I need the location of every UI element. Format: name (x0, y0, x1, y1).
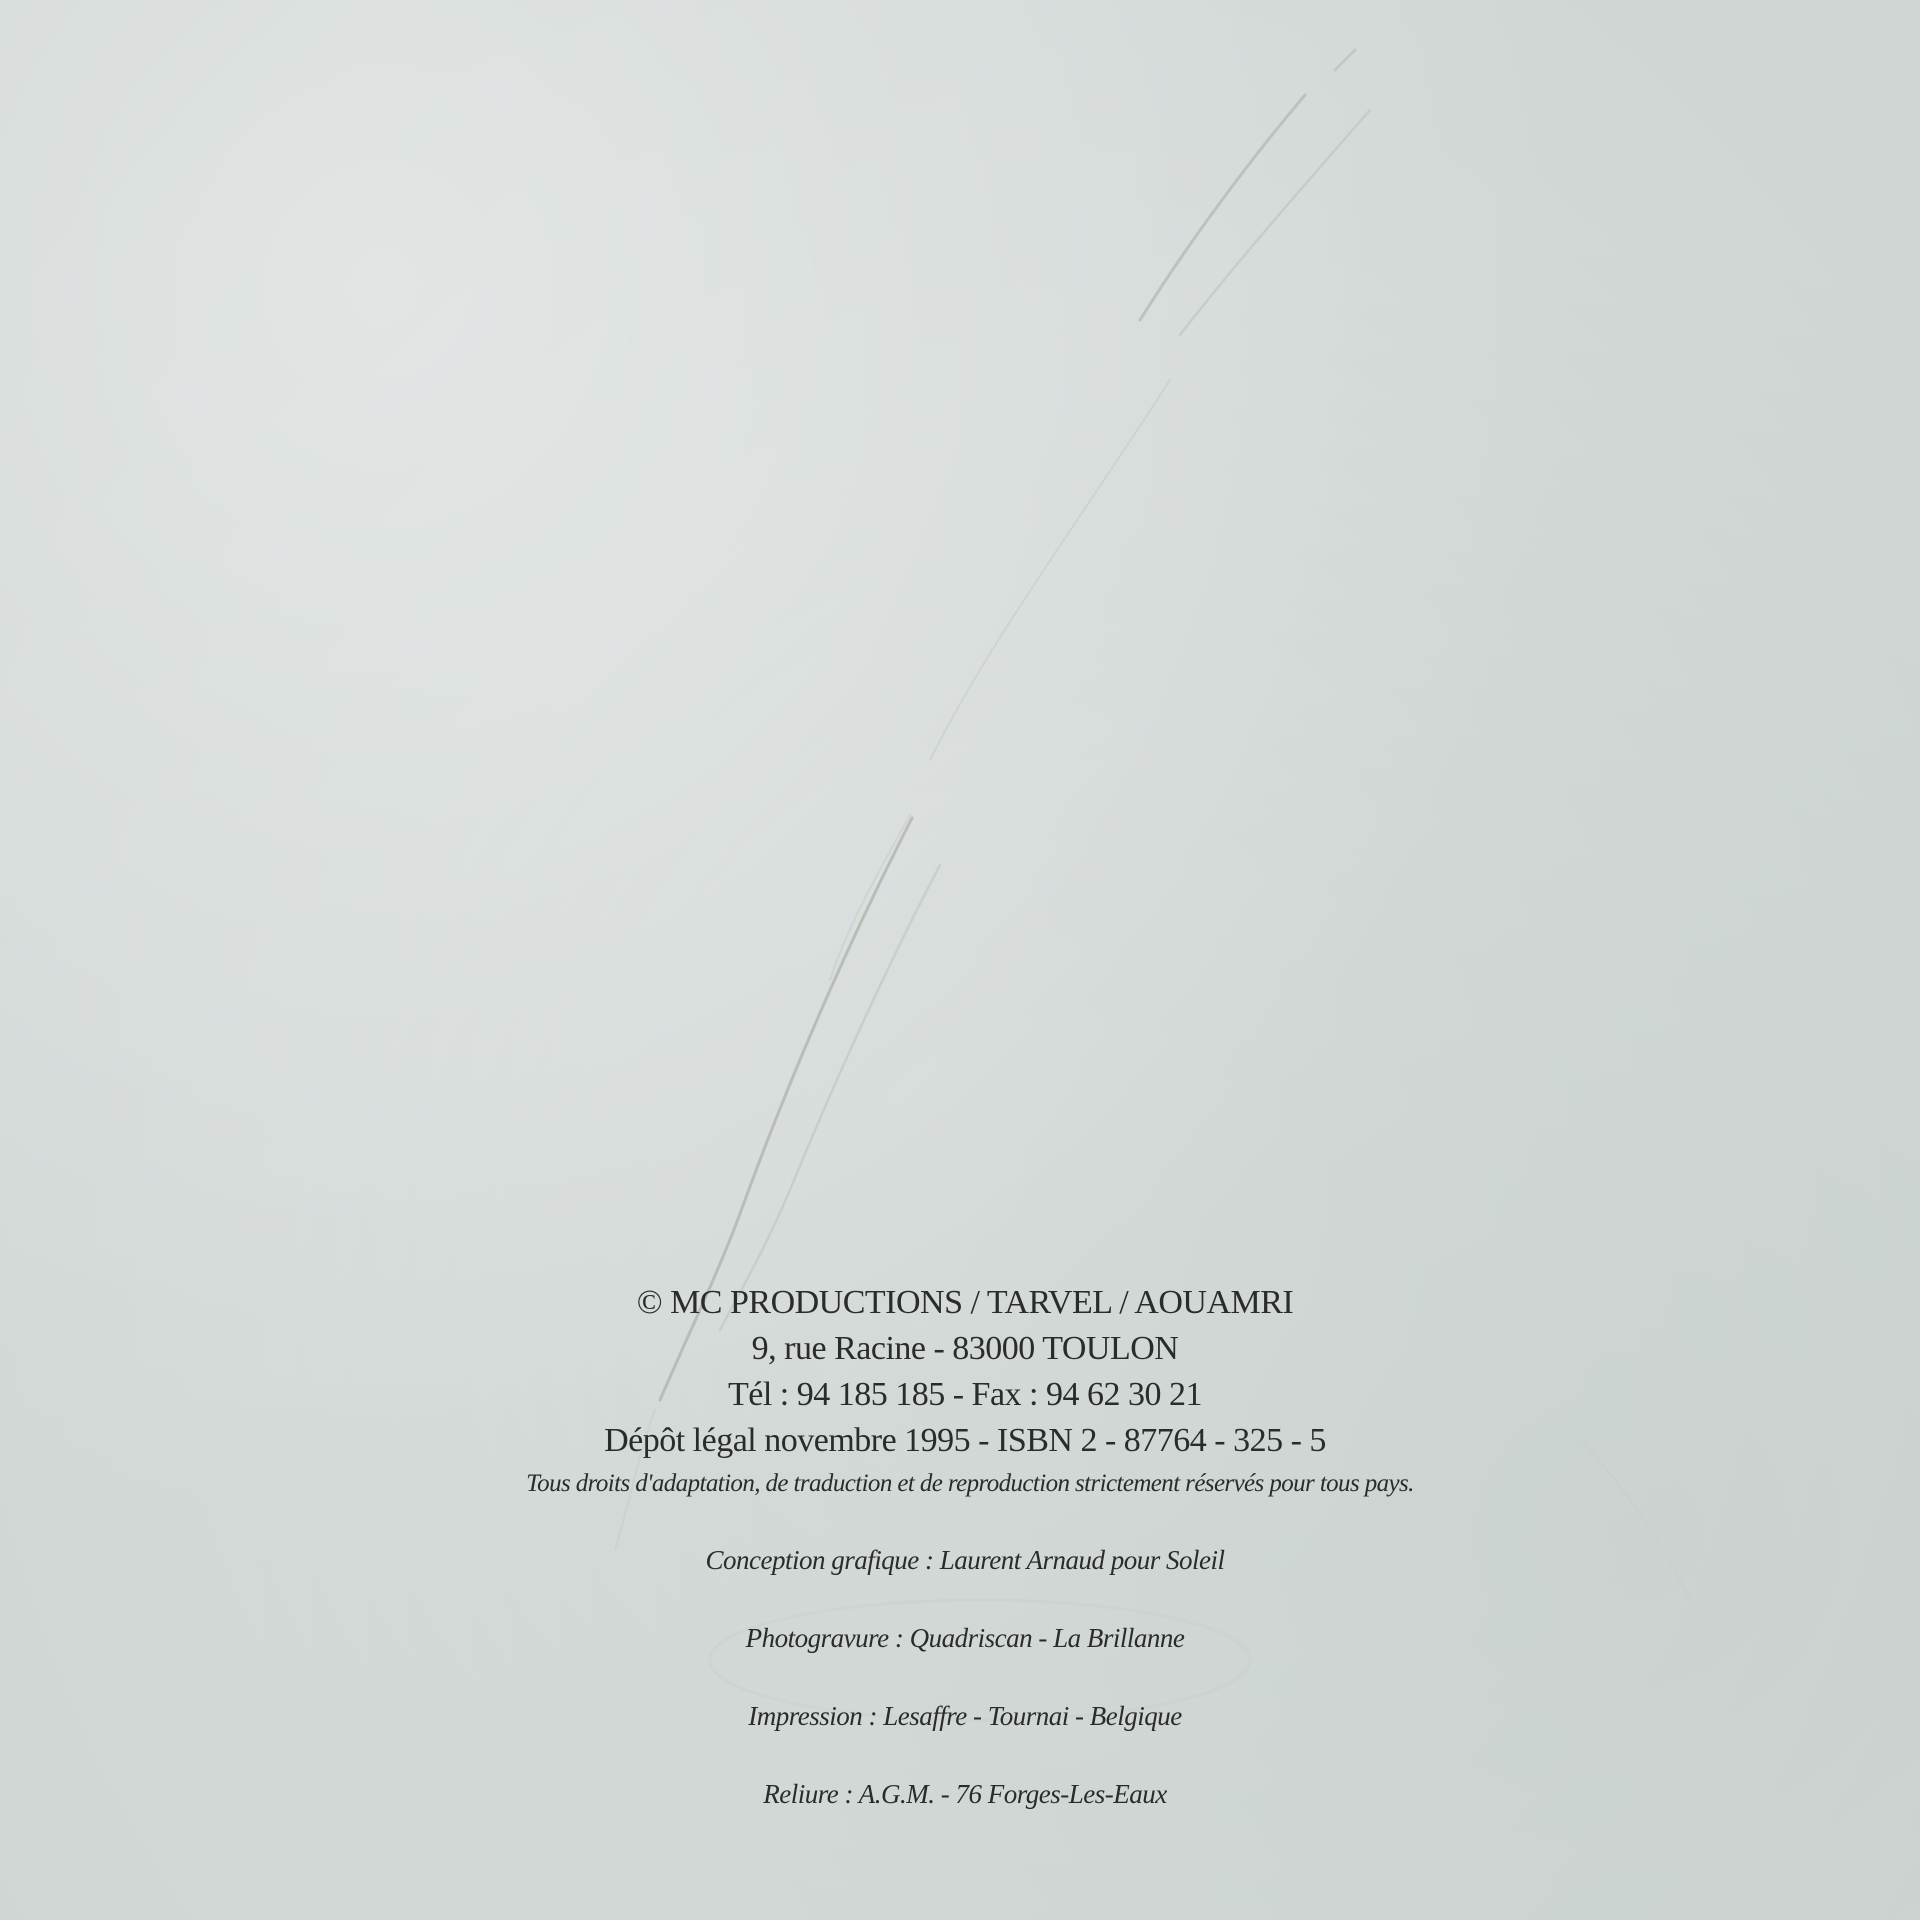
legal-deposit-isbn: Dépôt légal novembre 1995 - ISBN 2 - 877… (10, 1418, 1920, 1464)
credit-photoengraving: Photogravure : Quadriscan - La Brillanne (10, 1620, 1920, 1656)
copyright-line: © MC PRODUCTIONS / TARVEL / AOUAMRI (10, 1280, 1920, 1326)
colophon: © MC PRODUCTIONS / TARVEL / AOUAMRI 9, r… (0, 1280, 1920, 1812)
publisher-address: 9, rue Racine - 83000 TOULON (10, 1326, 1920, 1372)
credit-printing: Impression : Lesaffre - Tournai - Belgiq… (10, 1698, 1920, 1734)
rights-notice: Tous droits d'adaptation, de traduction … (20, 1464, 1920, 1504)
credit-binding: Reliure : A.G.M. - 76 Forges-Les-Eaux (10, 1776, 1920, 1812)
paper-page: © MC PRODUCTIONS / TARVEL / AOUAMRI 9, r… (0, 0, 1920, 1920)
phone-fax-line: Tél : 94 185 185 - Fax : 94 62 30 21 (10, 1372, 1920, 1418)
credit-graphic-design: Conception grafique : Laurent Arnaud pou… (10, 1542, 1920, 1578)
